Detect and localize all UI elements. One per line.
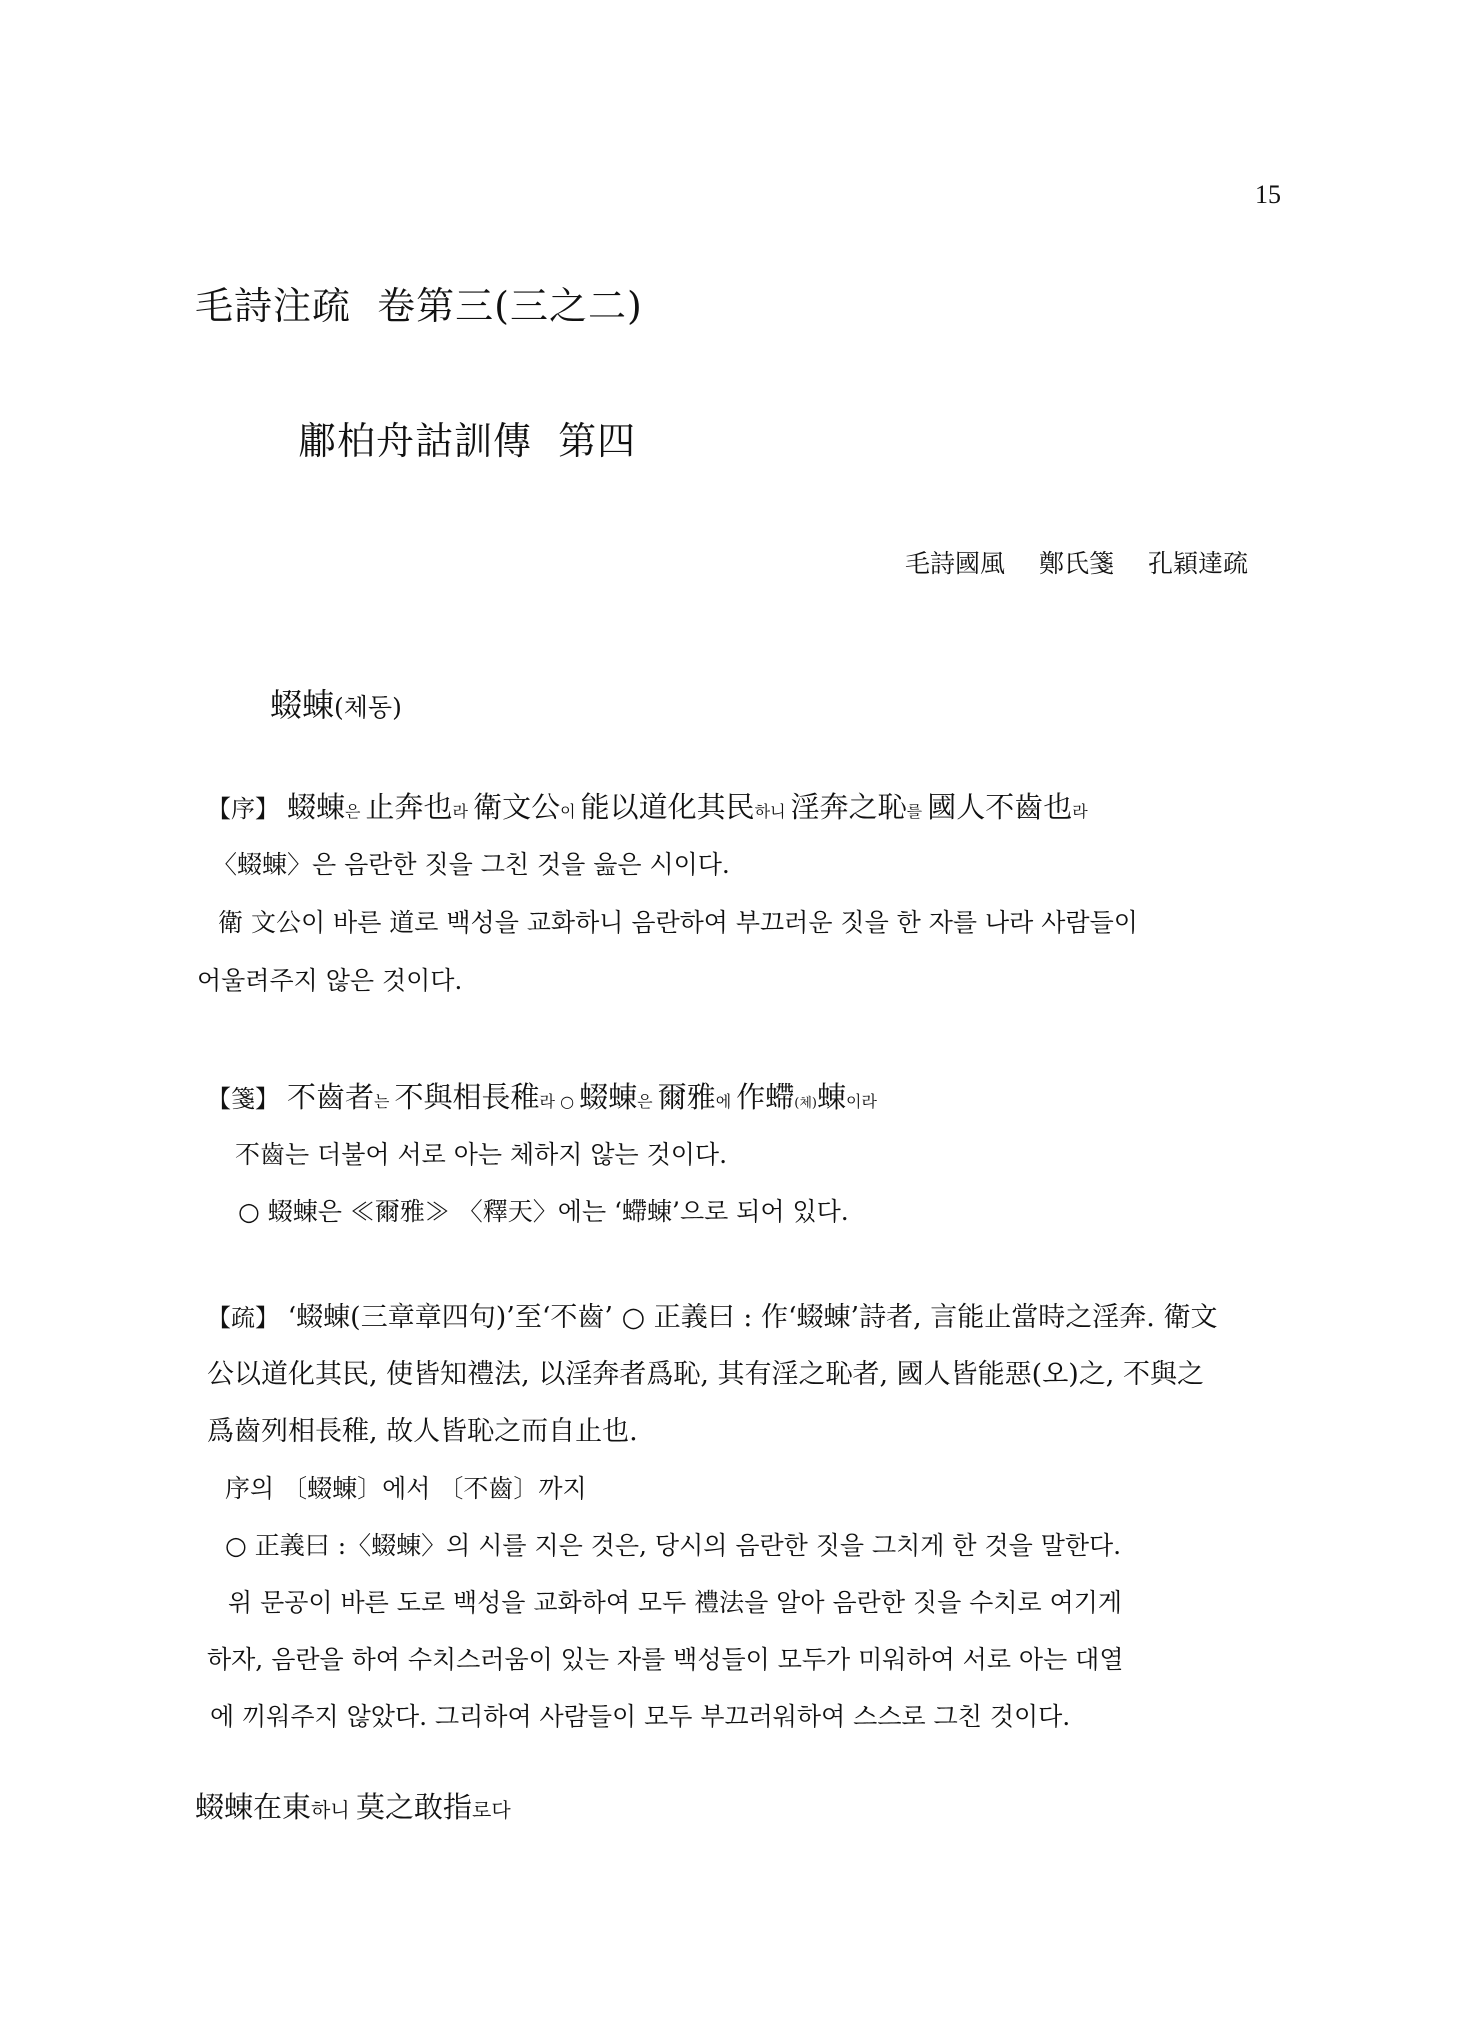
shu-translation-5: 에 끼워주지 않았다. 그리하여 사람들이 모두 부끄러워하여 스스로 그친 것… — [210, 1702, 1070, 1732]
hanja-segment: 止奔也 — [366, 790, 453, 824]
page-title: 毛詩注疏 卷第三(三之二) — [195, 275, 643, 330]
hanja-segment: 國人不齒也 — [927, 790, 1072, 824]
hanja-segment: 淫奔之恥 — [791, 790, 907, 824]
page-number: 15 — [1255, 180, 1281, 210]
hangul-particle: 에 — [716, 1092, 737, 1111]
chapter-subtitle: 鄘柏舟詁訓傳 第四 — [298, 410, 636, 465]
hanja-segment: 衛文公 — [473, 790, 560, 824]
jian-original: 【箋】 不齒者는 不與相長稚라 ○ 蝃蝀은 爾雅에 作螮(체)蝀이라 — [207, 1082, 877, 1119]
hangul-particle: 은 — [345, 802, 366, 821]
preface-original: 【序】 蝃蝀은 止奔也라 衛文公이 能以道化其民하니 淫奔之恥를 國人不齒也라 — [207, 792, 1088, 827]
hanja-segment: 蝀 — [817, 1080, 846, 1114]
hanja-segment: 蝃蝀在東 — [195, 1790, 311, 1824]
poem-title-reading: (체동) — [334, 693, 402, 722]
hangul-particle: 는 — [374, 1092, 395, 1111]
hangul-particle: 하니 — [755, 802, 791, 821]
hangul-particle: 로다 — [472, 1798, 511, 1822]
shu-translation-2: ○ 正義曰 :〈蝃蝀〉의 시를 지은 것은, 당시의 음란한 짓을 그치게 한 … — [225, 1531, 1121, 1561]
shu-original-text-1: ‘蝃蝀(三章章四句)’至‘不齒’ ○ 正義曰 : 作‘蝃蝀’詩者, 言能止當時之… — [288, 1302, 1218, 1333]
shu-translation-1: 序의 〔蝃蝀〕에서 〔不齒〕까지 — [225, 1474, 587, 1504]
preface-translation-1: 〈蝃蝀〉은 음란한 짓을 그친 것을 읊은 시이다. — [212, 850, 730, 880]
attribution-subcommentator: 孔穎達疏 — [1148, 549, 1248, 578]
hanja-segment: 不與相長稚 — [395, 1080, 540, 1114]
preface-tag: 【序】 — [207, 795, 279, 823]
attribution: 毛詩國風 鄭氏箋 孔穎達疏 — [905, 544, 1248, 580]
preface-translation-3: 어울려주지 않은 것이다. — [197, 966, 462, 996]
jian-translation-2: ○ 蝃蝀은 ≪爾雅≫ 〈釋天〉에는 ‘螮蝀’으로 되어 있다. — [238, 1197, 849, 1227]
shu-original-2: 公以道化其民, 使皆知禮法, 以淫奔者爲恥, 其有淫之恥者, 國人皆能惡(오)之… — [207, 1360, 1204, 1390]
verse-line: 蝃蝀在東하니 莫之敢指로다 — [195, 1785, 511, 1826]
jian-tag: 【箋】 — [207, 1085, 279, 1113]
hanja-segment: 爾雅 — [658, 1080, 716, 1114]
hanja-segment: 蝃蝀 — [579, 1080, 637, 1114]
hanja-segment: 能以道化其民 — [581, 790, 755, 824]
shu-original-1: 【疏】 ‘蝃蝀(三章章四句)’至‘不齒’ ○ 正義曰 : 作‘蝃蝀’詩者, 言能… — [207, 1303, 1217, 1333]
hangul-particle: 하니 — [311, 1798, 356, 1822]
poem-title-hanja: 蝃蝀 — [270, 686, 334, 724]
hangul-particle: 이 — [560, 802, 581, 821]
hangul-particle: 은 — [637, 1092, 658, 1111]
hangul-particle: 라 — [1072, 802, 1087, 821]
attribution-commentator: 鄭氏箋 — [1039, 549, 1114, 578]
hangul-particle: (체) — [794, 1096, 817, 1111]
hanja-segment: 不齒者 — [287, 1080, 374, 1114]
preface-original-text: 蝃蝀은 止奔也라 衛文公이 能以道化其民하니 淫奔之恥를 國人不齒也라 — [287, 794, 1088, 823]
shu-original-3: 爲齒列相長稚, 故人皆恥之而自止也. — [207, 1417, 638, 1447]
hangul-particle: 라 ○ — [540, 1092, 580, 1111]
hangul-particle: 를 — [907, 802, 928, 821]
jian-original-text: 不齒者는 不與相長稚라 ○ 蝃蝀은 爾雅에 作螮(체)蝀이라 — [287, 1084, 877, 1113]
jian-translation-1: 不齒는 더불어 서로 아는 체하지 않는 것이다. — [235, 1140, 727, 1170]
shu-tag: 【疏】 — [207, 1304, 279, 1332]
hanja-segment: 作螮 — [736, 1080, 794, 1114]
poem-title: 蝃蝀(체동) — [270, 680, 402, 726]
hanja-segment: 蝃蝀 — [287, 790, 345, 824]
preface-translation-2: 衛 文公이 바른 道로 백성을 교화하니 음란하여 부끄러운 짓을 한 자를 나… — [218, 908, 1138, 938]
attribution-source: 毛詩國風 — [905, 549, 1005, 578]
hanja-segment: 莫之敢指 — [356, 1790, 472, 1824]
hangul-particle: 이라 — [846, 1092, 877, 1111]
shu-translation-4: 하자, 음란을 하여 수치스러움이 있는 자를 백성들이 모두가 미워하여 서로… — [207, 1645, 1123, 1675]
shu-translation-3: 위 문공이 바른 도로 백성을 교화하여 모두 禮法을 알아 음란한 짓을 수치… — [228, 1588, 1122, 1618]
hangul-particle: 라 — [453, 802, 474, 821]
